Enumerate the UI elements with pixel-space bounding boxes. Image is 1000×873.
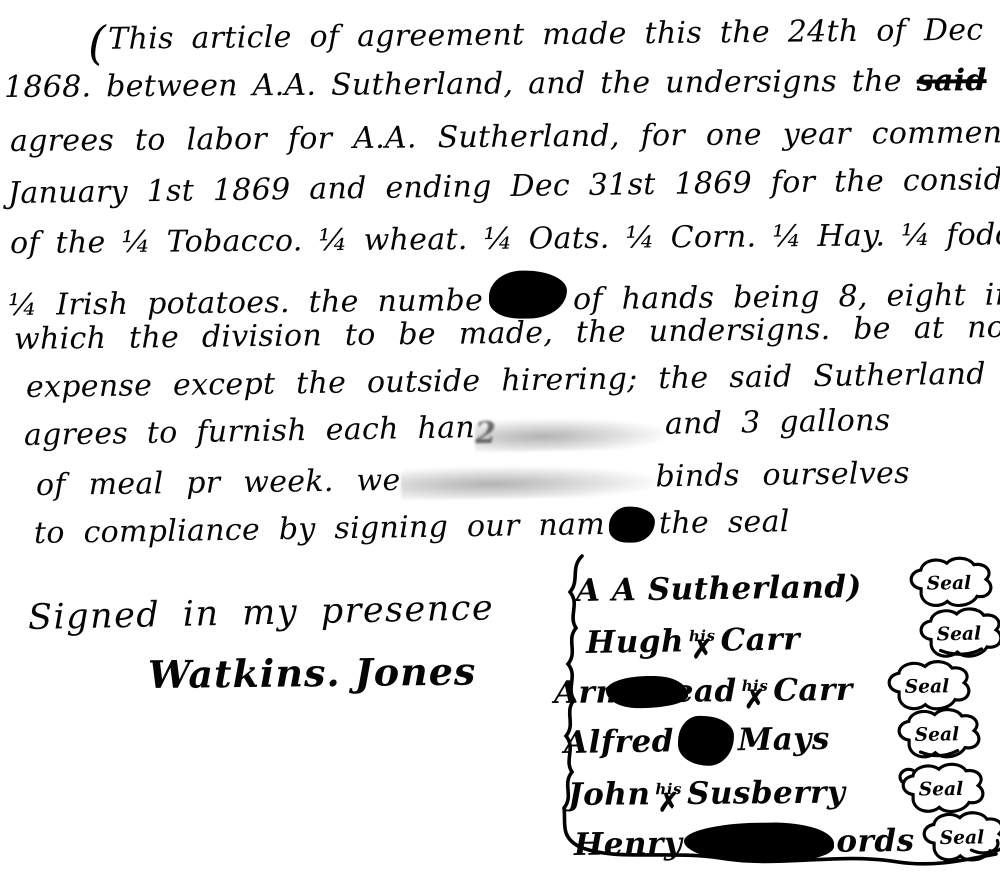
signer-first-name: A A Sutherland) xyxy=(576,569,862,609)
agreement-line-1: (This article of agreement made this the… xyxy=(88,7,984,70)
seal-label: Seal xyxy=(927,573,972,595)
agreement-line-2: 1868. between A.A. Sutherland, and the u… xyxy=(4,62,1000,105)
ink-blot xyxy=(609,506,656,543)
signature-block: A A Sutherland) Seal Hughhis✗Carr Seal A… xyxy=(552,552,1000,873)
seal-label: Seal xyxy=(939,827,984,849)
line-10-post: binds ourselves xyxy=(655,456,910,495)
agreement-line-3: agrees to labor for A.A. Sutherland, for… xyxy=(10,115,1000,159)
seal-label: Seal xyxy=(905,676,950,697)
faint-character: 2 xyxy=(475,416,497,451)
his-x-mark: his✗ xyxy=(655,785,682,811)
signer-name: Hughhis✗Carr xyxy=(586,621,801,661)
line-2-pre: 1868. between A.A. Sutherland, and the u… xyxy=(4,64,917,105)
line-9-pre: agrees to furnish each han xyxy=(24,410,476,453)
signer-last-name: Susberry xyxy=(687,775,846,812)
signer-last-name: Carr xyxy=(720,621,800,658)
signer-last-name: Mays xyxy=(738,721,830,758)
signer-name: Armisteadhis✗Carr xyxy=(554,672,853,711)
line-1-text: This article of agreement made this the … xyxy=(108,13,984,57)
seal-label: Seal xyxy=(915,724,960,746)
signer-name: AlfredMays xyxy=(564,714,831,768)
faded-smudge xyxy=(400,464,655,500)
agreement-line-8: expense except the outside hirering; the… xyxy=(26,357,986,405)
signer-last-name: Carr xyxy=(773,672,853,709)
x-mark-icon: ✗ xyxy=(691,641,714,657)
agreement-line-11: to compliance by signing our namthe seal xyxy=(34,504,790,552)
signer-name: Johnhis✗Susberry xyxy=(568,775,846,813)
witness-signature: Watkins. Jones xyxy=(148,649,477,697)
ink-blot xyxy=(684,822,834,864)
agreement-line-5: of the ¼ Tobacco. ¼ wheat. ¼ Oats. ¼ Cor… xyxy=(10,217,1000,261)
line-11-pre: to compliance by signing our nam xyxy=(34,507,606,551)
signer-first-name: Henry xyxy=(574,826,683,863)
ink-blot xyxy=(677,715,734,766)
signature-row: Henryords Seal xyxy=(574,809,995,873)
line-11-post: the seal xyxy=(659,504,790,541)
agreement-line-4: January 1st 1869 and ending Dec 31st 186… xyxy=(8,161,1000,211)
agreement-line-10: of meal pr week. webinds ourselves xyxy=(36,456,910,505)
signer-first-name: Hugh xyxy=(586,623,685,661)
agreement-line-9: agrees to furnish each han2and 3 gallons xyxy=(24,403,891,460)
seal-stamp: Seal xyxy=(914,809,1000,872)
witness-statement: Signed in my presence xyxy=(28,588,495,638)
line-10-pre: of meal pr week. we xyxy=(36,463,401,503)
seal-label: Seal xyxy=(937,624,982,646)
signer-last-name: ords xyxy=(836,823,915,860)
signer-name: A A Sutherland) xyxy=(576,569,862,609)
opening-flourish: ( xyxy=(88,16,107,70)
x-mark-icon: ✗ xyxy=(744,691,766,707)
scanned-agreement-document: (This article of agreement made this the… xyxy=(0,0,1000,873)
x-mark-icon: ✗ xyxy=(658,795,680,811)
ink-blot xyxy=(489,270,567,319)
ink-blot xyxy=(606,676,688,709)
his-x-mark: his✗ xyxy=(742,682,769,708)
signer-name: Henryords xyxy=(574,821,915,865)
struck-word: said xyxy=(917,63,987,98)
seal-stamp: Seal xyxy=(889,705,984,768)
seal-label: Seal xyxy=(919,779,964,800)
line-2-post: undersigns xyxy=(986,62,1000,98)
line-9-post: and 3 gallons xyxy=(665,403,891,442)
signer-first-name: John xyxy=(568,776,651,813)
signer-first-name: Alfred xyxy=(564,723,674,761)
his-x-mark: his✗ xyxy=(689,632,716,658)
faded-smudge: 2 xyxy=(475,417,666,452)
